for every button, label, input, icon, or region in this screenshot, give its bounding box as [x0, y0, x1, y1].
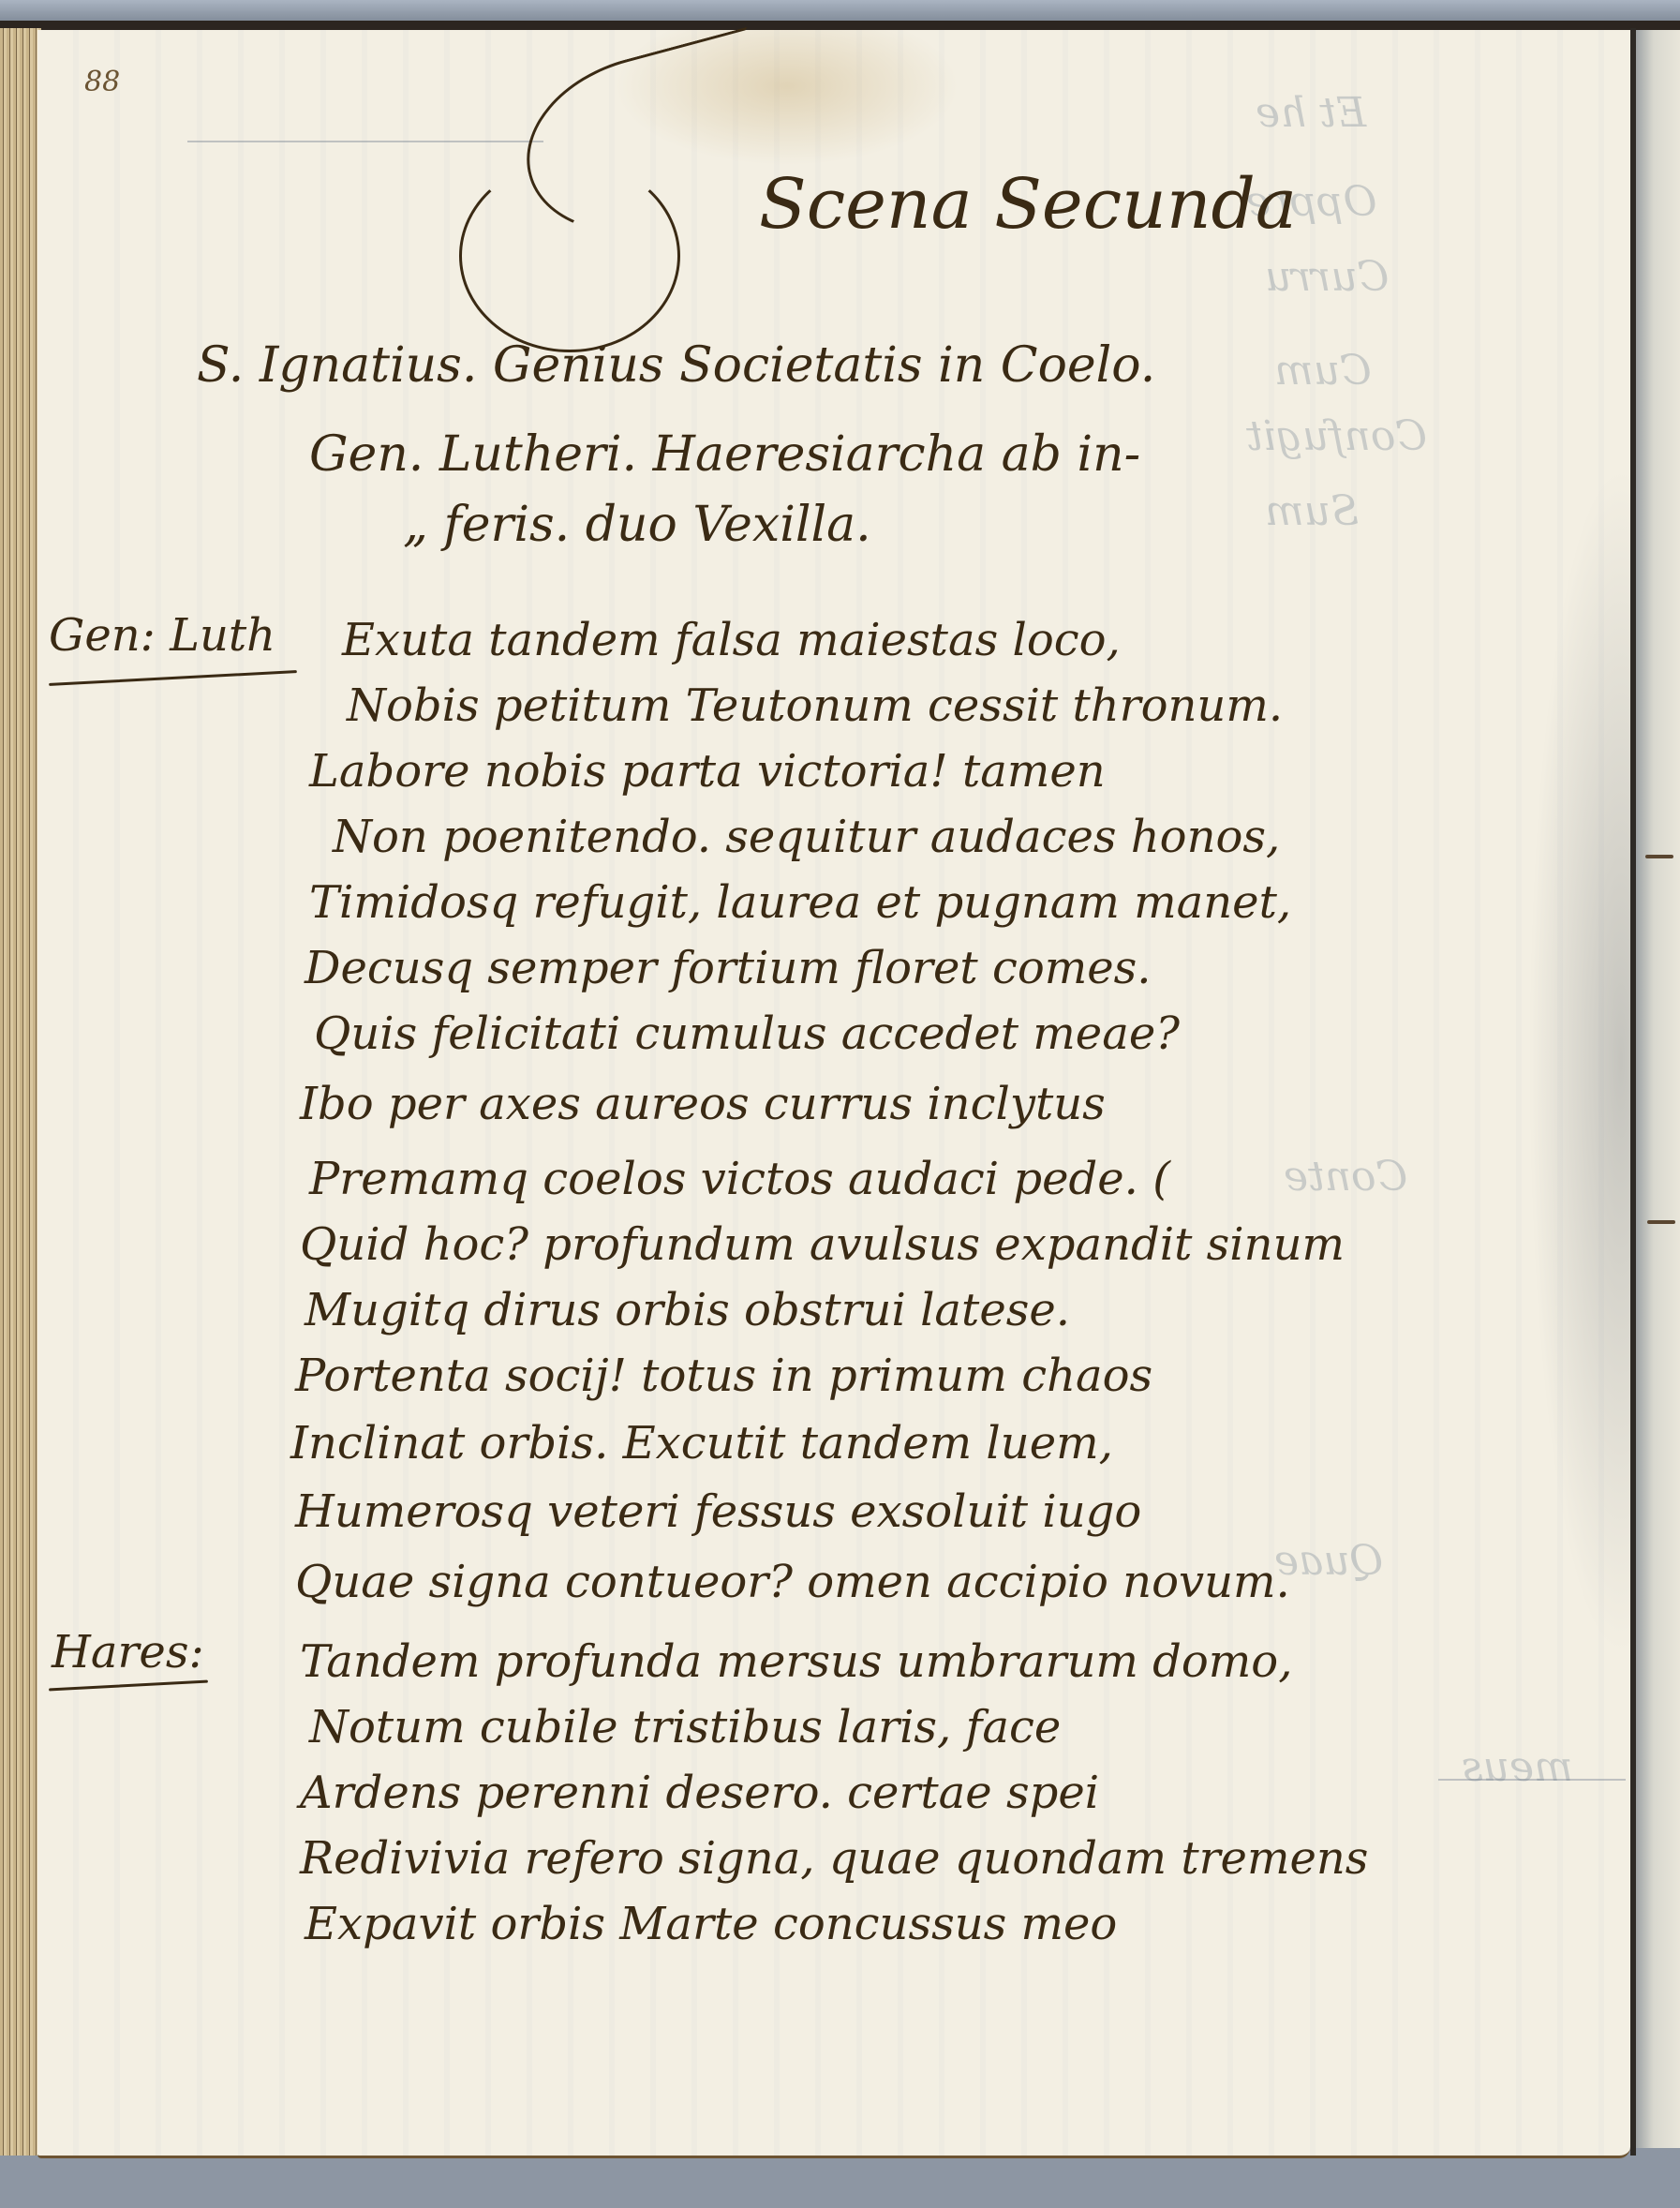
adjacent-page-edge: [1636, 30, 1680, 2148]
verse-line: Redivivia refero signa, quae quondam tre…: [300, 1832, 1368, 1885]
bleed-through-rule: [1438, 1779, 1626, 1781]
decorative-initial-loop: [459, 159, 680, 352]
verse-line: Ardens perenni desero. certae spei: [300, 1767, 1099, 1819]
speaker-label: Hares:: [52, 1626, 204, 1678]
persona-line: Gen. Lutheri. Haeresiarcha ab in-: [309, 426, 1140, 483]
verse-line: Mugitq dirus orbis obstrui latese.: [305, 1284, 1070, 1336]
verse-line: Quis felicitati cumulus accedet meae?: [314, 1007, 1180, 1060]
scene-heading: Scena Secunda: [450, 56, 1227, 319]
bleed-through-text: Conte: [1284, 1153, 1407, 1201]
verse-line: Decusq semper fortium floret comes.: [305, 942, 1152, 994]
verse-line: Expavit orbis Marte concussus meo: [305, 1898, 1117, 1950]
bleed-through-text: Cum: [1274, 347, 1372, 395]
folio-number: 88: [84, 66, 120, 98]
bleed-through-text: Confugit: [1246, 412, 1427, 460]
verse-line: Quid hoc? profundum avulsus expandit sin…: [300, 1218, 1345, 1271]
verse-line: Notum cubile tristibus laris, face: [309, 1701, 1061, 1753]
bleed-through-text: Et he: [1256, 89, 1366, 137]
verse-line: Tandem profunda mersus umbrarum domo,: [300, 1635, 1292, 1688]
bleed-through-text: meus: [1462, 1743, 1573, 1791]
page-stack-edge: [0, 28, 41, 2156]
verse-line: Exuta tandem falsa maiestas loco,: [342, 614, 1121, 666]
adjacent-ink-mark: [1645, 855, 1673, 858]
scene-title: Scena Secunda: [759, 164, 1297, 245]
verse-line: Inclinat orbis. Excutit tandem luem,: [290, 1417, 1113, 1470]
persona-line: S. Ignatius. Genius Societatis in Coelo.: [197, 337, 1155, 394]
bleed-through-text: Sum: [1265, 487, 1359, 535]
verse-line: Nobis petitum Teutonum cessit thronum.: [347, 679, 1283, 732]
verse-line: Portenta socij! totus in primum chaos: [295, 1350, 1152, 1402]
speaker-label: Gen: Luth: [49, 609, 275, 662]
persona-line: „ feris. duo Vexilla.: [403, 497, 871, 553]
verse-line: Non poenitendo. sequitur audaces honos,: [333, 811, 1280, 863]
bleed-through-text: Curru: [1265, 253, 1389, 301]
verse-line: Humerosq veteri fessus exsoluit iugo: [295, 1485, 1141, 1538]
verse-line: Ibo per axes aureos currus inclytus: [300, 1078, 1106, 1130]
verse-line: Labore nobis parta victoria! tamen: [309, 745, 1106, 798]
verse-line: Premamq coelos victos audaci pede. (: [309, 1153, 1170, 1205]
verse-line: Timidosq refugit, laurea et pugnam manet…: [309, 876, 1291, 929]
adjacent-ink-mark: [1647, 1220, 1675, 1224]
verse-line: Quae signa contueor? omen accipio novum.: [295, 1556, 1290, 1608]
bleed-through-text: Quae: [1274, 1537, 1384, 1585]
